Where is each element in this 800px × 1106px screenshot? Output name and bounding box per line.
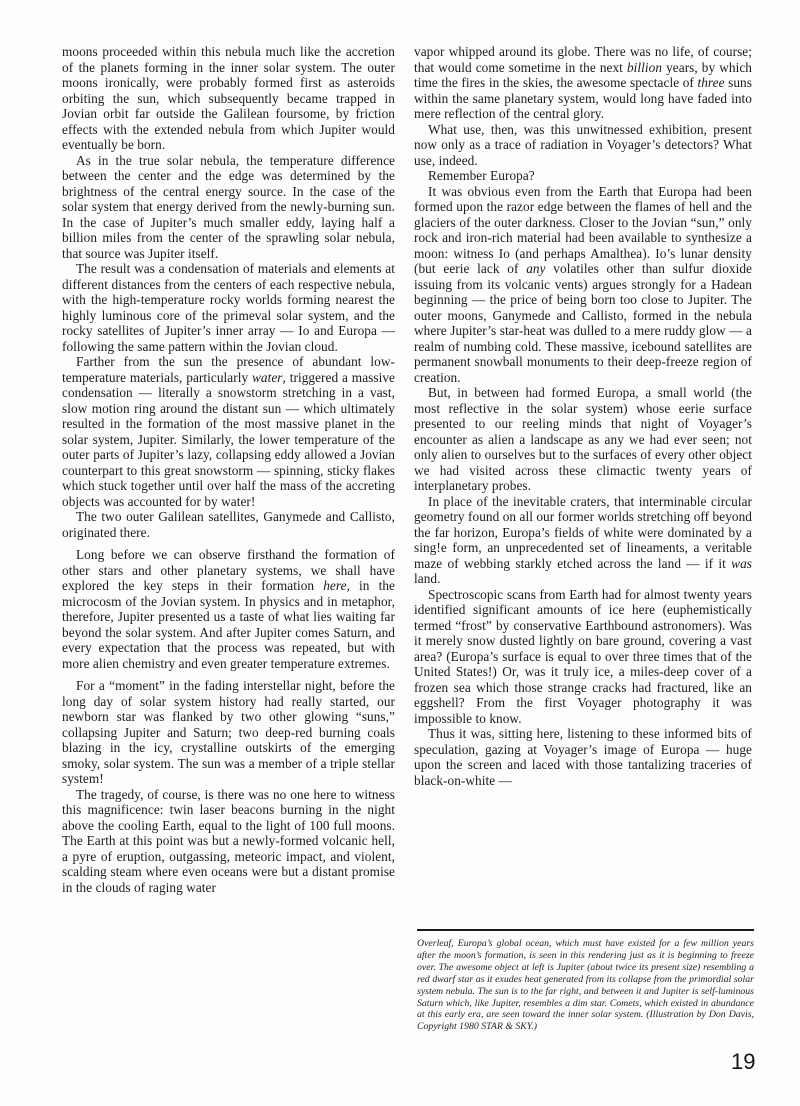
paragraph: Long before we can observe firsthand the… — [62, 547, 395, 671]
paragraph: moons proceeded within this nebula much … — [62, 44, 395, 153]
book-page: moons proceeded within this nebula much … — [0, 0, 800, 1106]
paragraph: Spectroscopic scans from Earth had for a… — [414, 587, 752, 727]
paragraph: The result was a condensation of materia… — [62, 261, 395, 354]
photo-caption: Overleaf, Europa’s global ocean, which m… — [417, 938, 754, 1033]
paragraph: But, in between had formed Europa, a sma… — [414, 385, 752, 494]
caption-divider — [417, 929, 754, 931]
paragraph: The two outer Galilean satellites, Ganym… — [62, 509, 395, 540]
right-column: vapor whipped around its globe. There wa… — [414, 44, 752, 788]
paragraph: It was obvious even from the Earth that … — [414, 184, 752, 386]
paragraph: The tragedy, of course, is there was no … — [62, 787, 395, 896]
paragraph: For a “moment” in the fading interstella… — [62, 678, 395, 787]
paragraph: What use, then, was this unwitnessed exh… — [414, 122, 752, 169]
paragraph: As in the true solar nebula, the tempera… — [62, 153, 395, 262]
left-column: moons proceeded within this nebula much … — [62, 44, 395, 895]
paragraph: Remember Europa? — [414, 168, 752, 184]
paragraph: Thus it was, sitting here, listening to … — [414, 726, 752, 788]
paragraph: vapor whipped around its globe. There wa… — [414, 44, 752, 122]
page-number: 19 — [731, 1049, 755, 1075]
paragraph: Farther from the sun the presence of abu… — [62, 354, 395, 509]
paragraph: In place of the inevitable craters, that… — [414, 494, 752, 587]
